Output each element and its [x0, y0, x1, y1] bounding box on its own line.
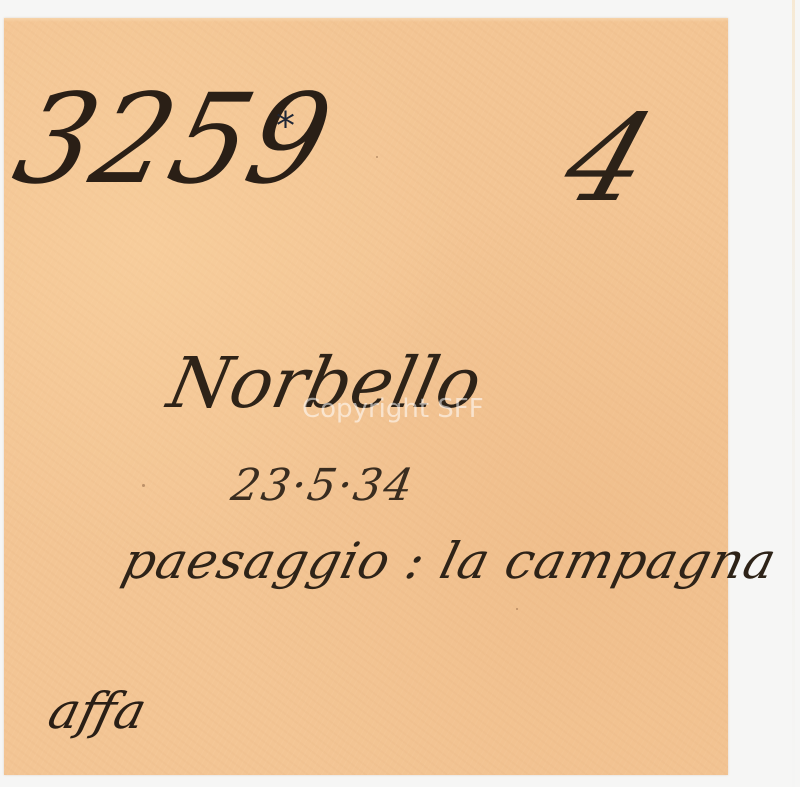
card-top-edge [4, 18, 728, 22]
paper-speck [142, 484, 145, 487]
date: 23·5·34 [228, 464, 418, 508]
place-name: Norbello [163, 348, 488, 418]
author-initials: affa [44, 686, 152, 736]
paper-speck [376, 156, 378, 158]
asterisk-mark: * [276, 104, 295, 148]
subject-description: paesaggio : la campagna [118, 536, 782, 586]
scan-backdrop: 3259 * 4 Norbello 23·5·34 paesaggio : la… [0, 0, 800, 787]
paper-speck [516, 608, 518, 610]
adjacent-card-edge [792, 0, 795, 787]
catalog-card: 3259 * 4 Norbello 23·5·34 paesaggio : la… [4, 18, 728, 775]
roll-number: 4 [551, 100, 666, 220]
